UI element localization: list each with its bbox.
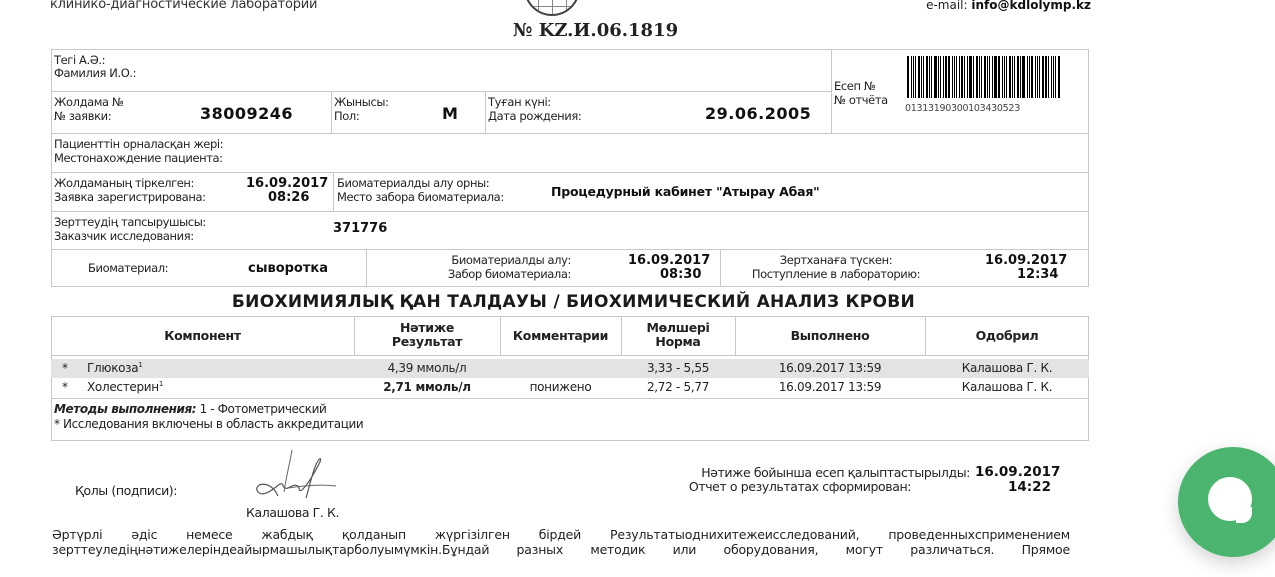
row-approved: Калашова Г. К.: [925, 380, 1089, 394]
row-result: 4,39 ммоль/л: [354, 361, 500, 375]
location-label-ru: Местонахождение пациента:: [54, 152, 223, 165]
received-label-kz: Зертханаға түскен:: [726, 254, 946, 267]
methods-label: Методы выполнения:: [54, 402, 196, 416]
report-formed-label-kz: Нәтиже бойынша есеп қалыптастырылды:: [650, 466, 970, 479]
lab-subtitle: клинико-диагностические лаборатории: [50, 0, 317, 12]
biomaterial-value: сыворотка: [248, 261, 328, 276]
methods-value: 1 - Фотометрический: [196, 402, 326, 416]
surname-label-ru: Фамилия И.О.:: [54, 67, 136, 80]
sex-value: М: [442, 104, 458, 123]
received-label-ru: Поступление в лабораторию:: [726, 268, 946, 281]
received-date: 16.09.2017: [985, 253, 1067, 268]
report-label-kz: Есеп №: [834, 80, 875, 93]
barcode-icon: [907, 56, 1073, 98]
row-approved: Калашова Г. К.: [925, 361, 1089, 375]
collected-date: 16.09.2017: [628, 253, 710, 268]
row-norm: 3,33 - 5,55: [621, 361, 735, 375]
certificate-number: № KZ.И.06.1819: [0, 20, 1275, 41]
report-barcode-number: 0131319030010343052З: [905, 103, 1020, 114]
collected-label-ru: Забор биоматериала:: [371, 268, 571, 281]
sex-label-ru: Пол:: [334, 110, 359, 123]
biomaterial-label: Биоматериал:: [88, 262, 168, 275]
row-marker: *: [62, 380, 68, 394]
received-time: 12:34: [1017, 267, 1058, 282]
registered-label-ru: Заявка зарегистрирована:: [54, 191, 206, 204]
row-component: Холестерин1: [87, 380, 163, 394]
registered-label-kz: Жолдаманың тіркелген:: [54, 177, 194, 190]
row-norm: 2,72 - 5,77: [621, 380, 735, 394]
row-comment: понижено: [500, 380, 621, 394]
registered-date: 16.09.2017: [246, 176, 328, 191]
row-done: 16.09.2017 13:59: [735, 361, 925, 375]
row-done: 16.09.2017 13:59: [735, 380, 925, 394]
collected-time: 08:30: [660, 267, 701, 282]
col-done: Выполнено: [735, 329, 925, 343]
row-component: Глюкоза1: [87, 361, 142, 375]
collection-place-value: Процедурный кабинет "Атырау Абая": [551, 184, 820, 199]
col-norm: МөлшеріНорма: [621, 321, 735, 349]
email-label: e-mail:: [926, 0, 967, 12]
row-result: 2,71 ммоль/л: [354, 380, 500, 394]
report-formed-date: 16.09.2017: [975, 464, 1060, 480]
referral-label-kz: Жолдама №: [54, 96, 124, 109]
referral-label-ru: № заявки:: [54, 110, 111, 123]
globe-logo-icon: [524, 0, 580, 16]
signature-name: Калашова Г. К.: [246, 506, 339, 519]
col-approved: Одобрил: [925, 329, 1089, 343]
collection-place-label-ru: Место забора биоматериала:: [337, 191, 504, 204]
report-label-ru: № отчёта: [834, 94, 888, 107]
accreditation-note: * Исследования включены в область аккред…: [54, 418, 363, 431]
collected-label-kz: Биоматериалды алу:: [371, 254, 571, 267]
methods-line: Методы выполнения: 1 - Фотометрический: [54, 403, 326, 416]
section-title: БИОХИМИЯЛЫҚ ҚАН ТАЛДАУЫ / БИОХИМИЧЕСКИЙ …: [0, 292, 1275, 312]
report-formed-time: 14:22: [1008, 479, 1051, 495]
registered-time: 08:26: [268, 190, 309, 205]
location-label-kz: Пациенттін орналасқан жері:: [54, 138, 223, 151]
report-formed-label-ru: Отчет о результатах сформирован:: [650, 480, 950, 493]
row-marker: *: [62, 361, 68, 375]
collection-place-label-kz: Биоматериалды алу орны:: [337, 177, 489, 190]
chat-widget-button[interactable]: [1178, 447, 1275, 557]
customer-label-kz: Зерттеудің тапсырушысы:: [54, 216, 206, 229]
dob-value: 29.06.2005: [705, 104, 811, 123]
dob-label-kz: Туған күні:: [488, 96, 551, 109]
col-component: Компонент: [51, 329, 354, 343]
email-contact: e-mail: info@kdlolymp.kz: [926, 0, 1091, 12]
signature-image-icon: [240, 448, 350, 500]
customer-label-ru: Заказчик исследования:: [54, 230, 194, 243]
col-result: НәтижеРезультат: [354, 321, 500, 349]
disclaimer-text: Әртүрлі әдіс немесе жабдық қолданып жүрг…: [52, 527, 1070, 557]
signature-label: Қолы (подписи):: [75, 484, 177, 497]
sex-label-kz: Жынысы:: [334, 96, 389, 109]
col-comments: Комментарии: [500, 329, 621, 343]
referral-value: 38009246: [200, 104, 293, 123]
customer-value: 371776: [333, 221, 387, 236]
email-link[interactable]: info@kdlolymp.kz: [971, 0, 1091, 12]
dob-label-ru: Дата рождения:: [488, 110, 581, 123]
